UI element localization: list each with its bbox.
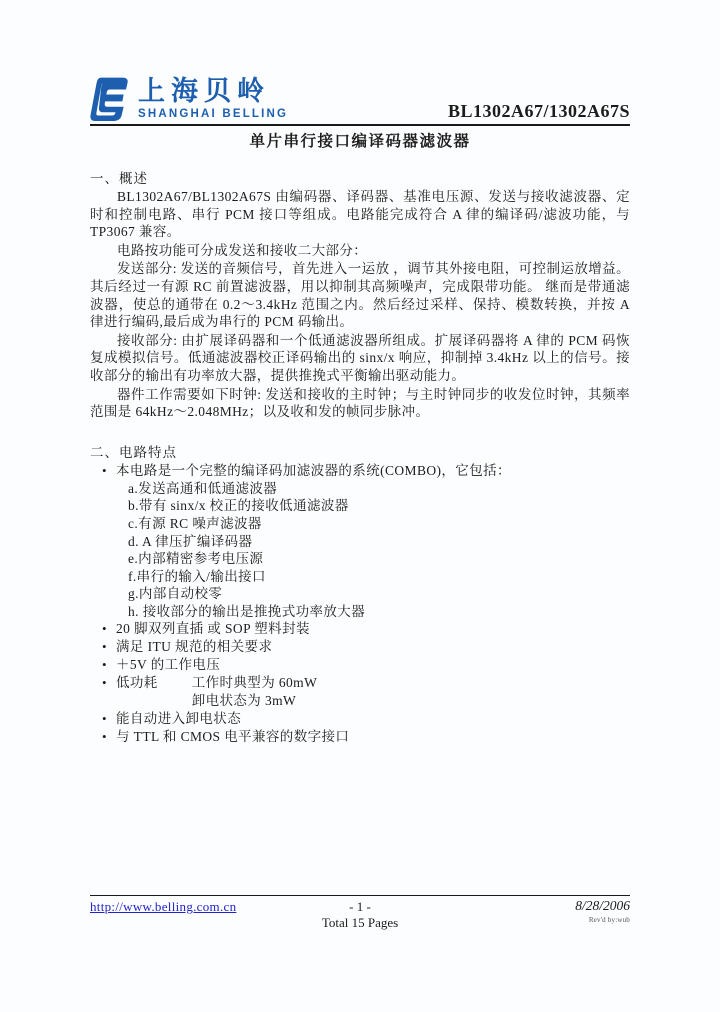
power-down-value: 卸电状态为 3mW (192, 692, 318, 710)
bullet-icon: • (90, 462, 116, 480)
combo-sub-item: f.串行的输入/输出接口 (128, 568, 630, 586)
power-values: 工作时典型为 60mW 卸电状态为 3mW (192, 674, 318, 710)
footer-center: - 1 - Total 15 Pages (90, 899, 630, 931)
power-label: 低功耗 (116, 674, 158, 692)
bullet-icon: • (90, 620, 116, 638)
combo-sub-list: a.发送高通和低通滤波器 b.带有 sinx/x 校正的接收低通滤波器 c.有源… (128, 480, 630, 621)
header: 上海贝岭 SHANGHAI BELLING BL1302A67/1302A67S (90, 0, 630, 126)
datasheet-page: 上海贝岭 SHANGHAI BELLING BL1302A67/1302A67S… (0, 0, 720, 1012)
document-title: 单片串行接口编译码器滤波器 (90, 129, 630, 151)
feature-item-power: • 低功耗 工作时典型为 60mW 卸电状态为 3mW (90, 674, 630, 710)
features-heading: 二、电路特点 (90, 441, 630, 461)
features-section: 二、电路特点 • 本电路是一个完整的编译码加滤波器的系统(COMBO)，它包括：… (90, 441, 630, 747)
feature-item: • ＋5V 的工作电压 (90, 656, 630, 674)
brand-block: 上海贝岭 SHANGHAI BELLING (90, 76, 288, 123)
footer: - 1 - Total 15 Pages http://www.belling.… (90, 895, 630, 927)
overview-heading: 一、概述 (90, 167, 630, 187)
brand-name-en: SHANGHAI BELLING (138, 108, 288, 120)
feature-text: 与 TTL 和 CMOS 电平兼容的数字接口 (116, 728, 349, 746)
brand-name-cn: 上海贝岭 (138, 76, 288, 106)
combo-sub-item: g.内部自动校零 (128, 585, 630, 603)
feature-item: • 20 脚双列直插 或 SOP 塑料封装 (90, 620, 630, 638)
combo-sub-item: c.有源 RC 噪声滤波器 (128, 515, 630, 533)
total-pages: Total 15 Pages (90, 915, 630, 931)
bullet-icon: • (90, 710, 116, 728)
bullet-icon: • (90, 728, 116, 746)
bullet-icon: • (90, 674, 116, 692)
power-active-value: 工作时典型为 60mW (192, 674, 318, 692)
combo-sub-item: d. A 律压扩编译码器 (128, 533, 630, 551)
feature-text: 满足 ITU 规范的相关要求 (116, 638, 272, 656)
page-number: - 1 - (90, 899, 630, 915)
feature-text: ＋5V 的工作电压 (116, 656, 220, 674)
bullet-icon: • (90, 638, 116, 656)
combo-sub-item: b.带有 sinx/x 校正的接收低通滤波器 (128, 497, 630, 515)
feature-item: • 满足 ITU 规范的相关要求 (90, 638, 630, 656)
overview-paragraph: 电路按功能可分成发送和接收二大部分： (90, 242, 630, 260)
feature-text: 20 脚双列直插 或 SOP 塑料封装 (116, 620, 310, 638)
bullet-icon: • (90, 656, 116, 674)
feature-item: • 能自动进入卸电状态 (90, 710, 630, 728)
belling-logo-icon (90, 76, 130, 123)
combo-sub-item: a.发送高通和低通滤波器 (128, 480, 630, 498)
feature-item: • 与 TTL 和 CMOS 电平兼容的数字接口 (90, 728, 630, 746)
overview-paragraph: 器件工作需要如下时钟: 发送和接收的主时钟；与主时钟同步的收发位时钟，其频率范围… (90, 386, 630, 421)
brand-text: 上海贝岭 SHANGHAI BELLING (138, 76, 288, 120)
overview-paragraphs: BL1302A67/BL1302A67S 由编码器、译码器、基准电压源、发送与接… (90, 188, 630, 421)
combo-sub-item: h. 接收部分的输出是推挽式功率放大器 (128, 603, 630, 621)
overview-paragraph: 接收部分: 由扩展译码器和一个低通滤波器所组成。扩展译码器将 A 律的 PCM … (90, 332, 630, 385)
overview-paragraph: BL1302A67/BL1302A67S 由编码器、译码器、基准电压源、发送与接… (90, 188, 630, 241)
overview-paragraph: 发送部分: 发送的音频信号，首先进入一运放 ，调节其外接电阻，可控制运放增益。其… (90, 260, 630, 330)
combo-sub-item: e.内部精密参考电压源 (128, 550, 630, 568)
feature-item-combo: • 本电路是一个完整的编译码加滤波器的系统(COMBO)，它包括： (90, 462, 630, 480)
features-list: • 本电路是一个完整的编译码加滤波器的系统(COMBO)，它包括： a.发送高通… (90, 462, 630, 747)
feature-text: 能自动进入卸电状态 (116, 710, 241, 728)
feature-text: 本电路是一个完整的编译码加滤波器的系统(COMBO)，它包括： (116, 462, 511, 480)
part-number: BL1302A67/1302A67S (448, 101, 630, 123)
